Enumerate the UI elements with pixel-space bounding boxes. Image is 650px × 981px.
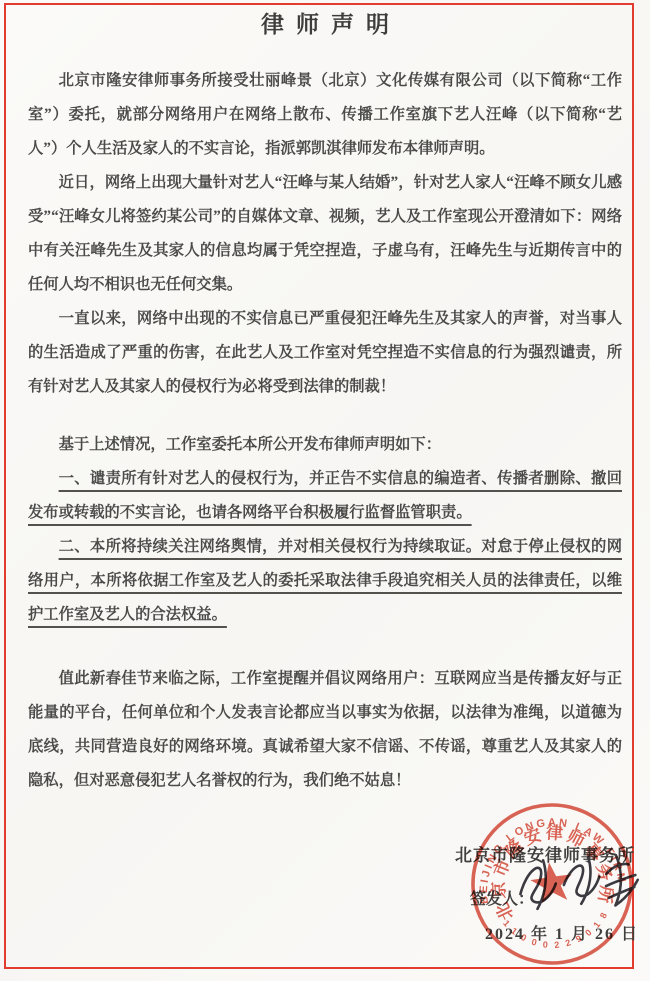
paragraph-clarification: 近日，网络上出现大量针对艺人“汪峰与某人结婚”，针对艺人家人“汪峰不顾女儿感受”… — [28, 166, 622, 302]
law-firm-seal: BEIJING LONGAN LAW FIRM 北京市隆安律师事务所 11000… — [453, 787, 650, 981]
paragraph-statement-intro: 基于上述情况，工作室委托本所公开发布律师声明如下： — [28, 428, 622, 462]
seal-star-icon — [528, 859, 575, 904]
document-page: 律师声明 北京市隆安律师事务所接受壮丽峰景（北京）文化传媒有限公司（以下简称“工… — [0, 0, 650, 981]
paragraph-closing: 值此新春佳节来临之际，工作室提醒并倡议网络用户：互联网应当是传播友好与正能量的平… — [28, 662, 622, 798]
document-title: 律师声明 — [0, 6, 650, 39]
paragraph-item-1: 一、谴责所有针对艺人的侵权行为，并正告不实信息的编造者、传播者删除、撤回发布或转… — [28, 462, 622, 530]
paragraph-item-2: 二、本所将持续关注网络舆情，并对相关侵权行为持续取证。对怠于停止侵权的网络用户，… — [28, 530, 622, 632]
paragraph-commission: 北京市隆安律师事务所接受壮丽峰景（北京）文化传媒有限公司（以下简称“工作室”）委… — [28, 64, 622, 166]
paragraph-condemnation: 一直以来，网络中出现的不实信息已严重侵犯汪峰先生及其家人的声誉，对当事人的生活造… — [28, 302, 622, 404]
document-body: 北京市隆安律师事务所接受壮丽峰景（北京）文化传媒有限公司（以下简称“工作室”）委… — [28, 64, 622, 798]
